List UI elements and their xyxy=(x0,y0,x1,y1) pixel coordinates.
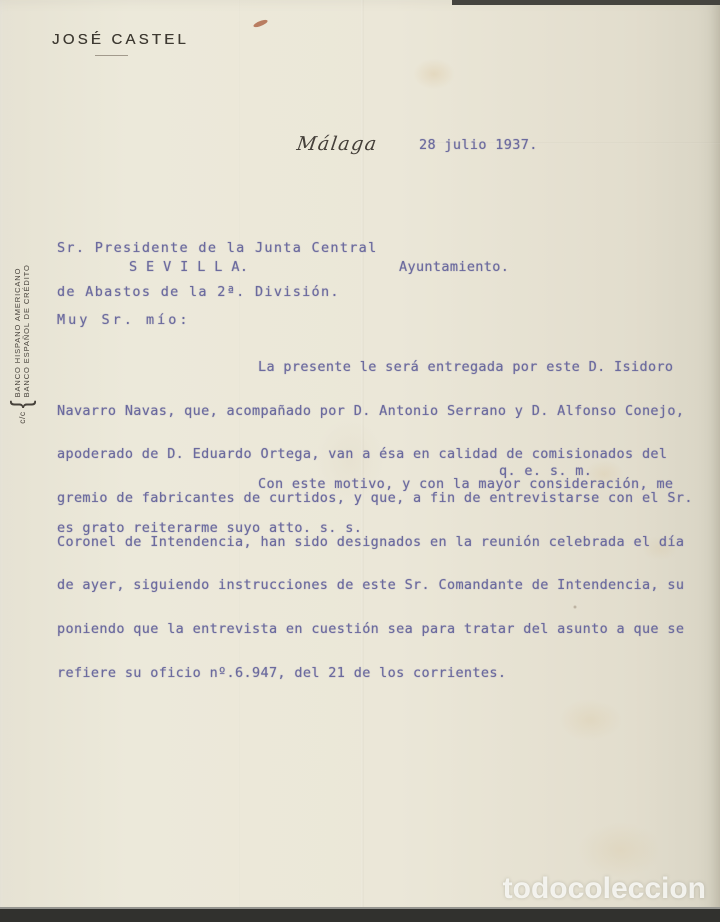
dateline-place: Málaga xyxy=(295,133,379,155)
bank-account-note: c/c { BANCO HISPANO AMERICANO BANCO ESPA… xyxy=(5,249,39,439)
brace-glyph: { xyxy=(8,400,36,408)
todocoleccion-watermark: todocoleccion xyxy=(503,872,706,906)
scanned-letter: JOSÉ CASTEL c/c { BANCO HISPANO AMERICAN… xyxy=(0,0,720,922)
bank-line: BANCO ESPAÑOL DE CRÉDITO xyxy=(22,264,31,397)
typed-line: Navarro Navas, que, acompañado por D. An… xyxy=(57,404,693,419)
cc-label: c/c xyxy=(17,411,27,423)
letterhead-divider xyxy=(95,55,128,56)
bank-line: BANCO HISPANO AMERICANO xyxy=(13,264,22,397)
dateline-date: 28 julio 1937. xyxy=(419,137,538,153)
salutation: Muy Sr. mío: xyxy=(57,312,191,328)
typed-line: Con este motivo, y con la mayor consider… xyxy=(57,477,673,492)
recipient-line: de Abastos de la 2ª. División. xyxy=(57,285,378,300)
typed-line: La presente le será entregada por este D… xyxy=(57,360,693,375)
typed-line: de ayer, siguiendo instrucciones de este… xyxy=(57,578,693,593)
typed-line: es grato reiterarme suyo atto. s. s. xyxy=(57,521,673,536)
letterhead-name: JOSÉ CASTEL xyxy=(52,31,189,48)
typed-line: refiere su oficio nº.6.947, del 21 de lo… xyxy=(57,666,693,681)
scan-edge-top xyxy=(452,0,720,5)
closing-abbreviation: q. e. s. m. xyxy=(499,463,592,479)
recipient-city: S E V I L L A. xyxy=(129,259,248,275)
recipient-building: Ayuntamiento. xyxy=(399,259,509,275)
scan-edge-bottom xyxy=(0,907,720,922)
typed-line: poniendo que la entrevista en cuestión s… xyxy=(57,622,693,637)
recipient-line: Sr. Presidente de la Junta Central xyxy=(57,241,378,256)
bank-names: BANCO HISPANO AMERICANO BANCO ESPAÑOL DE… xyxy=(13,264,31,397)
